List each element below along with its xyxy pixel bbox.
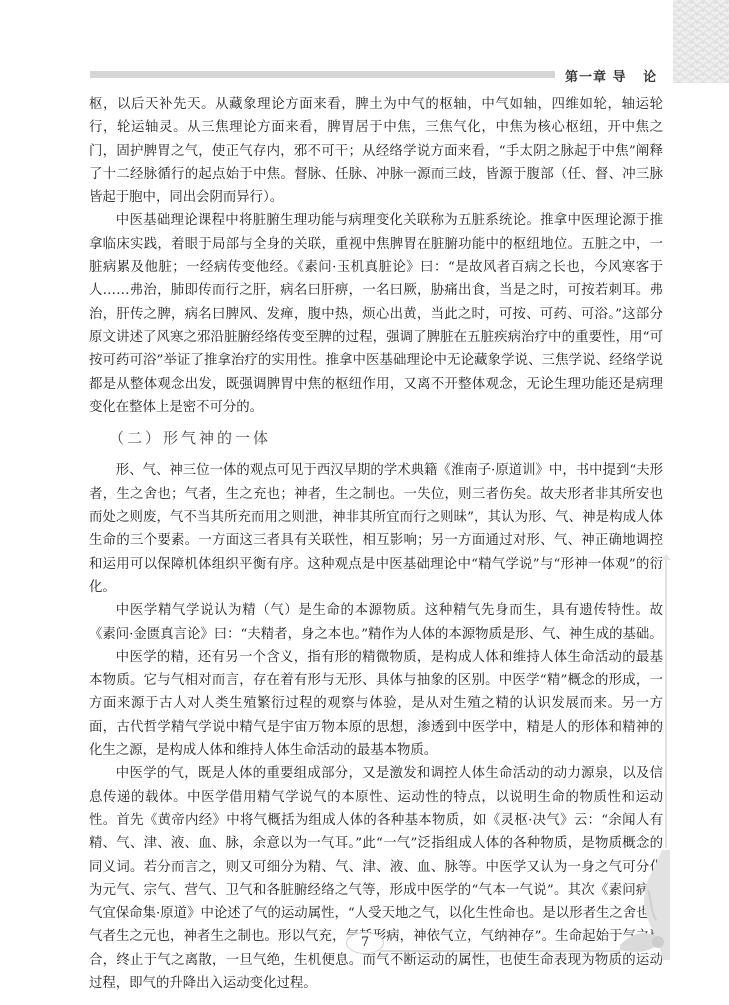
paragraph: 中医学的气，既是人体的重要组成部分，又是激发和调控人体生命活动的动力源泉，以及信… <box>89 762 663 995</box>
page-number: 7 <box>346 932 384 954</box>
header-bar-decoration <box>90 71 555 78</box>
running-header-chapter-title: 第一章 导 论 <box>565 66 657 85</box>
paragraph: 中医学精气学说认为精（气）是生命的本源物质。这种精气先身而生，具有遗传特性。故《… <box>89 599 663 646</box>
paragraph: 中医基础理论课程中将脏腑生理功能与病理变化关联称为五脏系统论。推拿中医理论源于推… <box>89 209 663 419</box>
margin-line-decoration <box>665 558 667 848</box>
paragraph: 形、气、神三位一体的观点可见于西汉早期的学术典籍《淮南子·原道训》中，书中提到“… <box>89 459 663 599</box>
paragraph: 枢，以后天补先天。从藏象理论方面来看，脾土为中气的枢轴，中气如轴，四维如轮，轴运… <box>89 93 663 209</box>
page-body: 枢，以后天补先天。从藏象理论方面来看，脾土为中气的枢轴，中气如轴，四维如轮，轴运… <box>89 93 663 995</box>
corner-pattern-decoration <box>673 0 729 83</box>
paragraph: 中医学的精，还有另一个含义，指有形的精微物质，是构成人体和维持人体生命活动的最基… <box>89 646 663 762</box>
section-heading: （二）形气神的一体 <box>89 427 663 450</box>
butterfly-ornament-icon <box>600 850 670 960</box>
footer-line-decoration <box>380 950 620 952</box>
